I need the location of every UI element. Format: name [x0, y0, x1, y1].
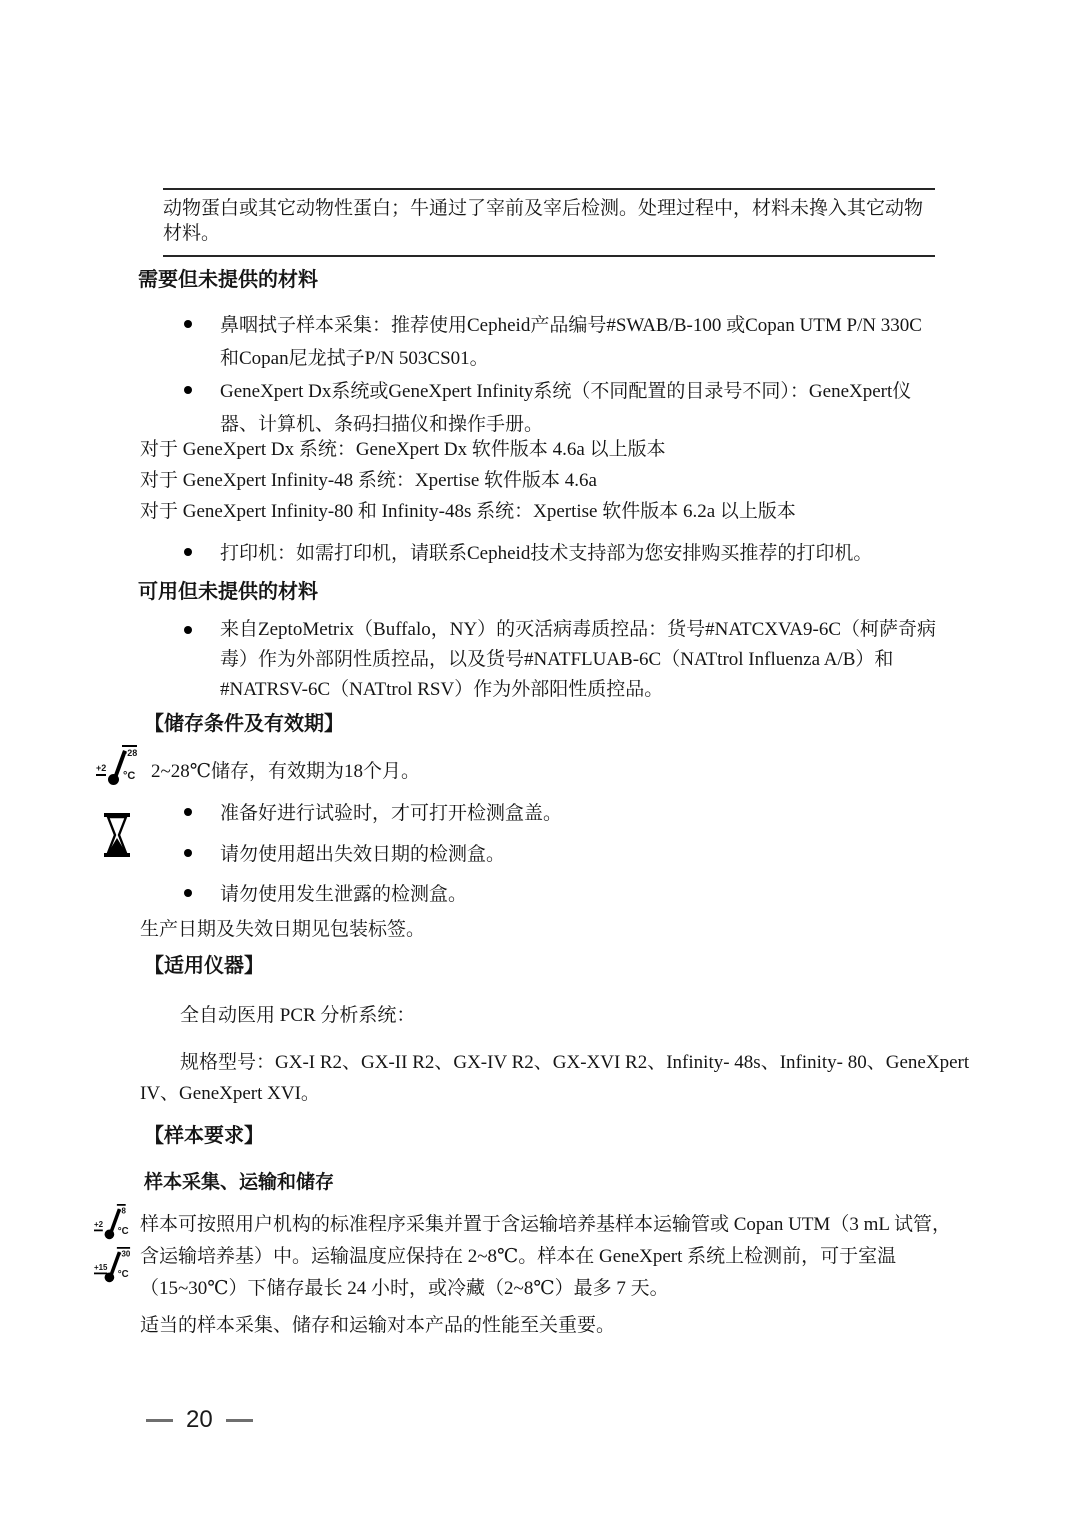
model-line: IV、GeneXpert XVI。	[140, 1078, 969, 1109]
bullet-swab-line: 和Copan尼龙拭子P/N 503CS01。	[220, 342, 922, 375]
bullet-no-leaking: 请勿使用发生泄露的检测盒。	[184, 878, 467, 911]
notice-line: 材料。	[163, 221, 935, 246]
bullet-no-expired: 请勿使用超出失效日期的检测盒。	[184, 838, 505, 871]
storage-condition-text: 2~28℃储存，有效期为18个月。	[151, 756, 420, 787]
notice-box: 动物蛋白或其它动物性蛋白；牛通过了宰前及宰后检测。处理过程中，材料未搀入其它动物…	[163, 188, 935, 257]
temperature-limit-icon-room: +15 +30 °C	[94, 1247, 136, 1282]
temperature-low-label: +2	[94, 1220, 103, 1231]
heading-applicable-instruments: 【适用仪器】	[144, 949, 264, 978]
bullet-open-lid: 准备好进行试验时，才可打开检测盒盖。	[184, 797, 562, 830]
subheading-sample-collection: 样本采集、运输和储存	[144, 1167, 334, 1194]
bullet-system-line: GeneXpert Dx系统或GeneXpert Infinity系统（不同配置…	[220, 375, 911, 408]
heading-sample-requirements: 【样本要求】	[144, 1119, 264, 1148]
sample-importance-note: 适当的样本采集、储存和运输对本产品的性能至关重要。	[140, 1310, 615, 1341]
hourglass-icon	[103, 813, 131, 862]
bullet-printer: 打印机：如需打印机，请联系Cepheid技术支持部为您安排购买推荐的打印机。	[184, 537, 872, 570]
thermometer-bulb	[105, 1273, 115, 1283]
bullet-dot	[184, 808, 192, 816]
sample-para-line: （15~30℃）下储存最长 24 小时，或冷藏（2~8℃）最多 7 天。	[140, 1273, 951, 1305]
bullet-dot	[184, 626, 192, 634]
sample-collection-paragraph: 样本可按照用户机构的标准程序采集并置于含运输培养基样本运输管或 Copan UT…	[140, 1209, 951, 1305]
instrument-models: 规格型号：GX-I R2、GX-II R2、GX-IV R2、GX-XVI R2…	[140, 1047, 969, 1109]
temperature-unit-label: °C	[123, 770, 135, 782]
bullet-dot	[184, 889, 192, 897]
heading-storage-conditions: 【储存条件及有效期】	[144, 707, 344, 736]
document-page: 动物蛋白或其它动物性蛋白；牛通过了宰前及宰后检测。处理过程中，材料未搀入其它动物…	[0, 0, 1080, 1538]
storage-bullet-line: 请勿使用发生泄露的检测盒。	[220, 878, 467, 911]
bullet-dot	[184, 320, 192, 328]
bullet-dot	[184, 849, 192, 857]
thermometer-bulb	[108, 774, 119, 785]
sample-para-line: 样本可按照用户机构的标准程序采集并置于含运输培养基样本运输管或 Copan UT…	[140, 1209, 951, 1241]
footer-dash	[146, 1419, 173, 1422]
software-version-notes: 对于 GeneXpert Dx 系统：GeneXpert Dx 软件版本 4.6…	[140, 434, 796, 527]
temperature-unit-label: °C	[118, 1269, 129, 1280]
thermometer-bulb	[105, 1230, 115, 1240]
heading-materials-required: 需要但未提供的材料	[138, 263, 318, 292]
version-note: 对于 GeneXpert Infinity-48 系统：Xpertise 软件版…	[140, 465, 796, 496]
storage-bullet-line: 请勿使用超出失效日期的检测盒。	[220, 838, 505, 871]
notice-line: 动物蛋白或其它动物性蛋白；牛通过了宰前及宰后检测。处理过程中，材料未搀入其它动物	[163, 196, 935, 221]
temperature-unit-label: °C	[118, 1226, 129, 1237]
temperature-limit-icon: +2 +28 °C	[96, 745, 144, 785]
page-footer: 20	[146, 1406, 253, 1434]
version-note: 对于 GeneXpert Infinity-80 和 Infinity-48s …	[140, 496, 796, 527]
date-label-note: 生产日期及失效日期见包装标签。	[140, 914, 425, 945]
instrument-system-text: 全自动医用 PCR 分析系统：	[180, 1000, 415, 1031]
bullet-swab: 鼻咽拭子样本采集：推荐使用Cepheid产品编号#SWAB/B-100 或Cop…	[184, 309, 922, 375]
bullet-dot	[184, 386, 192, 394]
footer-dash	[226, 1419, 253, 1422]
bullet-printer-line: 打印机：如需打印机，请联系Cepheid技术支持部为您安排购买推荐的打印机。	[220, 537, 872, 570]
bullet-controls-line: #NATRSV-6C（NATtrol RSV）作为外部阳性质控品。	[220, 675, 936, 705]
temperature-limit-icon-transport: +2 +8 °C	[94, 1204, 136, 1239]
bullet-dot	[184, 548, 192, 556]
sample-para-line: 含运输培养基）中。运输温度应保持在 2~8℃。样本在 GeneXpert 系统上…	[140, 1241, 951, 1273]
bullet-controls-line: 毒）作为外部阴性质控品，以及货号#NATFLUAB-6C（NATtrol Inf…	[220, 645, 936, 675]
model-line: 规格型号：GX-I R2、GX-II R2、GX-IV R2、GX-XVI R2…	[140, 1047, 969, 1078]
storage-bullet-line: 准备好进行试验时，才可打开检测盒盖。	[220, 797, 562, 830]
heading-materials-available: 可用但未提供的材料	[138, 575, 318, 604]
temperature-low-label: +2	[96, 763, 106, 776]
bullet-controls-line: 来自ZeptoMetrix（Buffalo，NY）的灭活病毒质控品：货号#NAT…	[220, 615, 936, 645]
bullet-genexpert-system: GeneXpert Dx系统或GeneXpert Infinity系统（不同配置…	[184, 375, 911, 441]
version-note: 对于 GeneXpert Dx 系统：GeneXpert Dx 软件版本 4.6…	[140, 434, 796, 465]
footer-page-number: 20	[186, 1406, 213, 1434]
bullet-external-controls: 来自ZeptoMetrix（Buffalo，NY）的灭活病毒质控品：货号#NAT…	[184, 615, 936, 705]
bullet-swab-line: 鼻咽拭子样本采集：推荐使用Cepheid产品编号#SWAB/B-100 或Cop…	[220, 309, 922, 342]
